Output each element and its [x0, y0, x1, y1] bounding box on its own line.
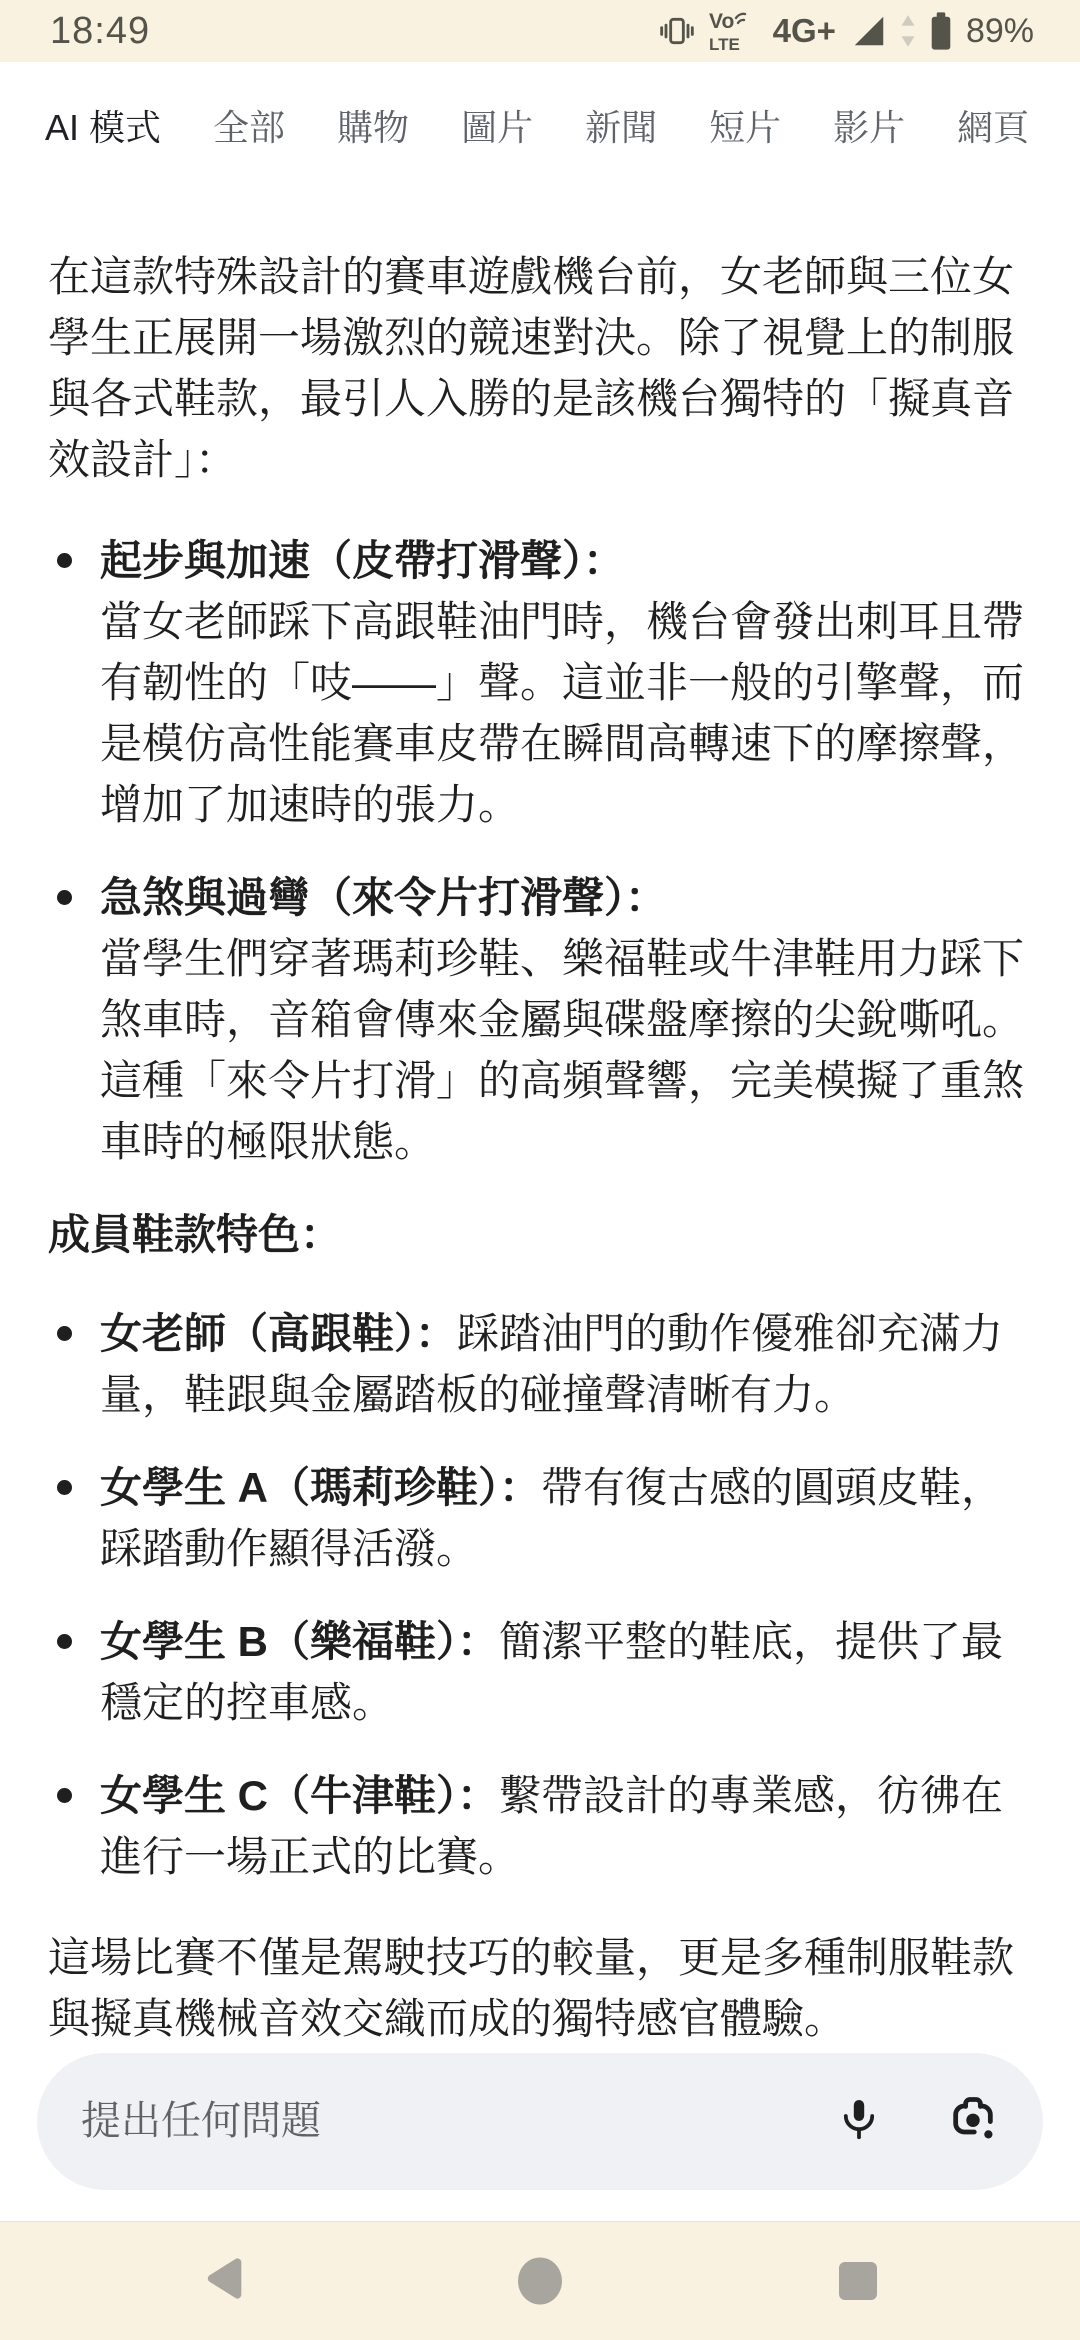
- bullet-icon: [57, 1480, 72, 1495]
- list-item-body: 當學生們穿著瑪莉珍鞋、樂福鞋或牛津鞋用力踩下煞車時，音箱會傳來金屬與碟盤摩擦的尖…: [100, 935, 1024, 1165]
- status-bar: 18:49 Vo LTE 4G+: [0, 0, 1080, 62]
- bullet-icon: [57, 1634, 72, 1649]
- tab-shopping[interactable]: 購物: [337, 100, 409, 151]
- list-item-title: 女老師（高跟鞋）：: [100, 1310, 457, 1357]
- list-item: 急煞與過彎（來令片打滑聲）： 當學生們穿著瑪莉珍鞋、樂福鞋或牛津鞋用力踩下煞車時…: [48, 867, 1032, 1172]
- list-item-body: 當女老師踩下高跟鞋油門時，機台會發出刺耳且帶有韌性的「吱——」聲。這並非一般的引…: [100, 598, 1024, 828]
- battery-icon: [928, 11, 954, 51]
- list-item: 女學生 B（樂福鞋）：簡潔平整的鞋底，提供了最穩定的控車感。: [48, 1611, 1032, 1733]
- tab-news[interactable]: 新聞: [585, 100, 657, 151]
- list-item: 起步與加速（皮帶打滑聲）： 當女老師踩下高跟鞋油門時，機台會發出刺耳且帶有韌性的…: [48, 530, 1032, 835]
- list-item: 女老師（高跟鞋）：踩踏油門的動作優雅卻充滿力量，鞋跟與金屬踏板的碰撞聲清晰有力。: [48, 1303, 1032, 1425]
- clock: 18:49: [50, 10, 150, 53]
- android-nav-bar: [0, 2221, 1080, 2340]
- list-item-title: 女學生 B（樂福鞋）：: [100, 1618, 499, 1665]
- status-icons: Vo LTE 4G+: [657, 8, 1034, 54]
- recents-icon[interactable]: [839, 2262, 877, 2300]
- tab-images[interactable]: 圖片: [461, 100, 533, 151]
- network-type-label: 4G+: [773, 12, 836, 50]
- ai-answer-content: 在這款特殊設計的賽車遊戲機台前，女老師與三位女學生正展開一場激烈的競速對決。除了…: [0, 188, 1080, 2049]
- bullet-icon: [57, 1788, 72, 1803]
- outro-paragraph: 這場比賽不僅是駕駛技巧的較量，更是多種制服鞋款與擬真機械音效交織而成的獨特感官體…: [48, 1927, 1032, 2049]
- signal-icon: [850, 12, 888, 50]
- section-heading: 成員鞋款特色：: [48, 1204, 1032, 1265]
- list-item: 女學生 A（瑪莉珍鞋）：帶有復古感的圓頭皮鞋，踩踏動作顯得活潑。: [48, 1457, 1032, 1579]
- back-icon[interactable]: [203, 2256, 249, 2307]
- ask-question-bar[interactable]: [37, 2053, 1043, 2190]
- list-item-title: 急煞與過彎（來令片打滑聲）：: [100, 867, 1032, 928]
- list-item: 女學生 C（牛津鞋）：繫帶設計的專業感，彷彿在進行一場正式的比賽。: [48, 1765, 1032, 1887]
- search-bar-icons: [835, 2093, 999, 2150]
- sound-effects-list: 起步與加速（皮帶打滑聲）： 當女老師踩下高跟鞋油門時，機台會發出刺耳且帶有韌性的…: [48, 530, 1032, 1172]
- search-tabs: AI 模式 全部 購物 圖片 新聞 短片 影片 網頁: [0, 62, 1080, 188]
- tab-short-videos[interactable]: 短片: [709, 100, 781, 151]
- phone-screen: 18:49 Vo LTE 4G+: [0, 0, 1080, 2340]
- search-input[interactable]: [81, 2099, 835, 2144]
- tab-web[interactable]: 網頁: [957, 100, 1029, 151]
- tab-ai-mode[interactable]: AI 模式: [45, 100, 161, 151]
- bullet-icon: [57, 553, 72, 568]
- vibrate-icon: [657, 11, 697, 51]
- bullet-icon: [57, 1326, 72, 1341]
- volte-icon: Vo LTE: [709, 8, 761, 54]
- tab-all[interactable]: 全部: [213, 100, 285, 151]
- battery-percent-label: 89%: [966, 12, 1034, 51]
- network-arrows-icon: [900, 14, 916, 48]
- tab-videos[interactable]: 影片: [833, 100, 905, 151]
- list-item-title: 女學生 A（瑪莉珍鞋）：: [100, 1464, 541, 1511]
- mic-icon[interactable]: [835, 2095, 883, 2148]
- list-item-title: 起步與加速（皮帶打滑聲）：: [100, 530, 1032, 591]
- lens-camera-icon[interactable]: [947, 2093, 999, 2150]
- volte-vo-text: Vo: [709, 10, 734, 33]
- bullet-icon: [57, 890, 72, 905]
- list-item-title: 女學生 C（牛津鞋）：: [100, 1772, 499, 1819]
- volte-lte-text: LTE: [709, 35, 740, 54]
- home-icon[interactable]: [518, 2258, 562, 2305]
- intro-paragraph: 在這款特殊設計的賽車遊戲機台前，女老師與三位女學生正展開一場激烈的競速對決。除了…: [48, 246, 1032, 490]
- member-shoes-list: 女老師（高跟鞋）：踩踏油門的動作優雅卻充滿力量，鞋跟與金屬踏板的碰撞聲清晰有力。…: [48, 1303, 1032, 1887]
